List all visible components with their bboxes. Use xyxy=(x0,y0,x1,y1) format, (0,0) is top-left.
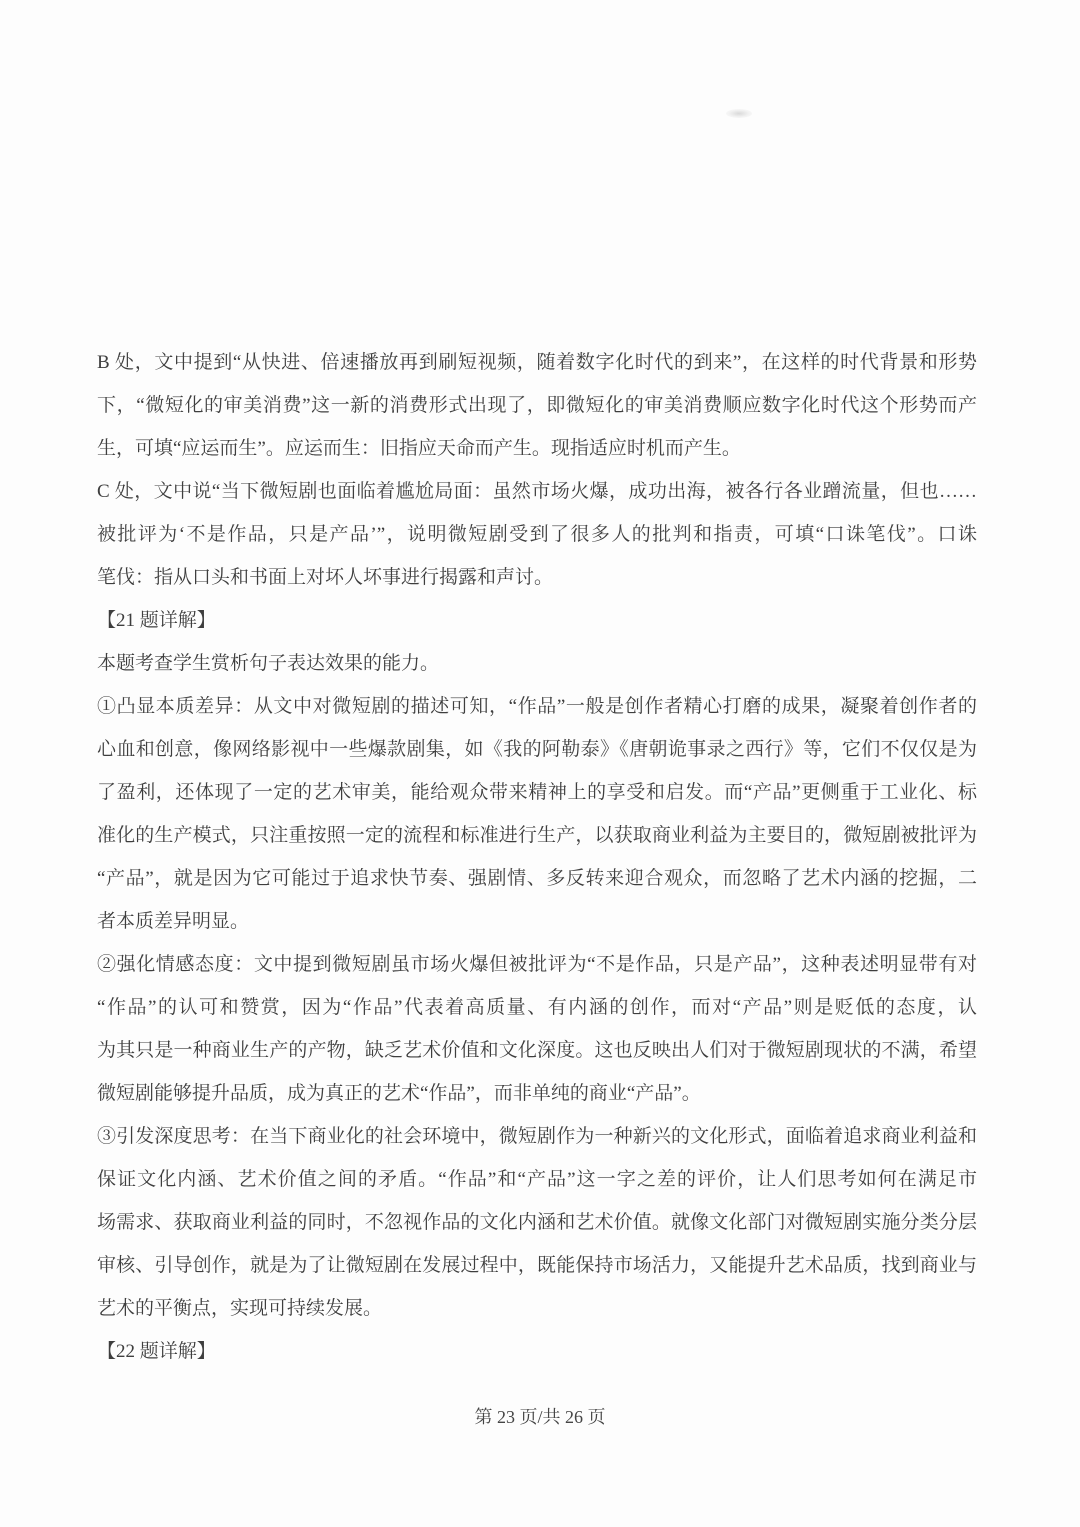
text-line: 者本质差异明显。 xyxy=(97,900,977,943)
text-line: 保证文化内涵、艺术价值之间的矛盾。“作品”和“产品”这一字之差的评价，让人们思考… xyxy=(97,1158,977,1201)
scan-smudge-artifact xyxy=(726,109,752,118)
text-line: 下，“微短化的审美消费”这一新的消费形式出现了，即微短化的审美消费顺应数字化时代… xyxy=(97,384,977,427)
text-line: 为其只是一种商业生产的产物，缺乏艺术价值和文化深度。这也反映出人们对于微短剧现状… xyxy=(97,1029,977,1072)
text-line: C 处，文中说“当下微短剧也面临着尴尬局面：虽然市场火爆，成功出海，被各行各业蹭… xyxy=(97,470,977,513)
text-line: 被批评为‘不是作品，只是产品’”，说明微短剧受到了很多人的批判和指责，可填“口诛… xyxy=(97,513,977,556)
text-line: 审核、引导创作，就是为了让微短剧在发展过程中，既能保持市场活力，又能提升艺术品质… xyxy=(97,1244,977,1287)
document-page: B 处，文中提到“从快进、倍速播放再到刷短视频，随着数字化时代的到来”，在这样的… xyxy=(0,0,1080,1527)
text-line: “产品”，就是因为它可能过于追求快节奏、强剧情、多反转来迎合观众，而忽略了艺术内… xyxy=(97,857,977,900)
text-line: 微短剧能够提升品质，成为真正的艺术“作品”，而非单纯的商业“产品”。 xyxy=(97,1072,977,1115)
text-line: 生，可填“应运而生”。应运而生：旧指应天命而产生。现指适应时机而产生。 xyxy=(97,427,977,470)
text-line: 准化的生产模式，只注重按照一定的流程和标准进行生产，以获取商业利益为主要目的，微… xyxy=(97,814,977,857)
text-line: 【22 题详解】 xyxy=(97,1330,977,1373)
text-line: ①凸显本质差异：从文中对微短剧的描述可知，“作品”一般是创作者精心打磨的成果，凝… xyxy=(97,685,977,728)
page-number-footer: 第 23 页/共 26 页 xyxy=(0,1402,1080,1432)
text-line: ②强化情感态度：文中提到微短剧虽市场火爆但被批评为“不是作品，只是产品”，这种表… xyxy=(97,943,977,986)
text-line: 心血和创意，像网络影视中一些爆款剧集，如《我的阿勒泰》《唐朝诡事录之西行》等，它… xyxy=(97,728,977,771)
text-line: 笔伐：指从口头和书面上对坏人坏事进行揭露和声讨。 xyxy=(97,556,977,599)
text-line: 本题考查学生赏析句子表达效果的能力。 xyxy=(97,642,977,685)
text-line: ③引发深度思考：在当下商业化的社会环境中，微短剧作为一种新兴的文化形式，面临着追… xyxy=(97,1115,977,1158)
text-line: 场需求、获取商业利益的同时，不忽视作品的文化内涵和艺术价值。就像文化部门对微短剧… xyxy=(97,1201,977,1244)
text-line: 了盈利，还体现了一定的艺术审美，能给观众带来精神上的享受和启发。而“产品”更侧重… xyxy=(97,771,977,814)
text-line: 艺术的平衡点，实现可持续发展。 xyxy=(97,1287,977,1330)
document-body: B 处，文中提到“从快进、倍速播放再到刷短视频，随着数字化时代的到来”，在这样的… xyxy=(97,341,977,1373)
text-line: 【21 题详解】 xyxy=(97,599,977,642)
text-line: “作品”的认可和赞赏，因为“作品”代表着高质量、有内涵的创作，而对“产品”则是贬… xyxy=(97,986,977,1029)
text-line: B 处，文中提到“从快进、倍速播放再到刷短视频，随着数字化时代的到来”，在这样的… xyxy=(97,341,977,384)
